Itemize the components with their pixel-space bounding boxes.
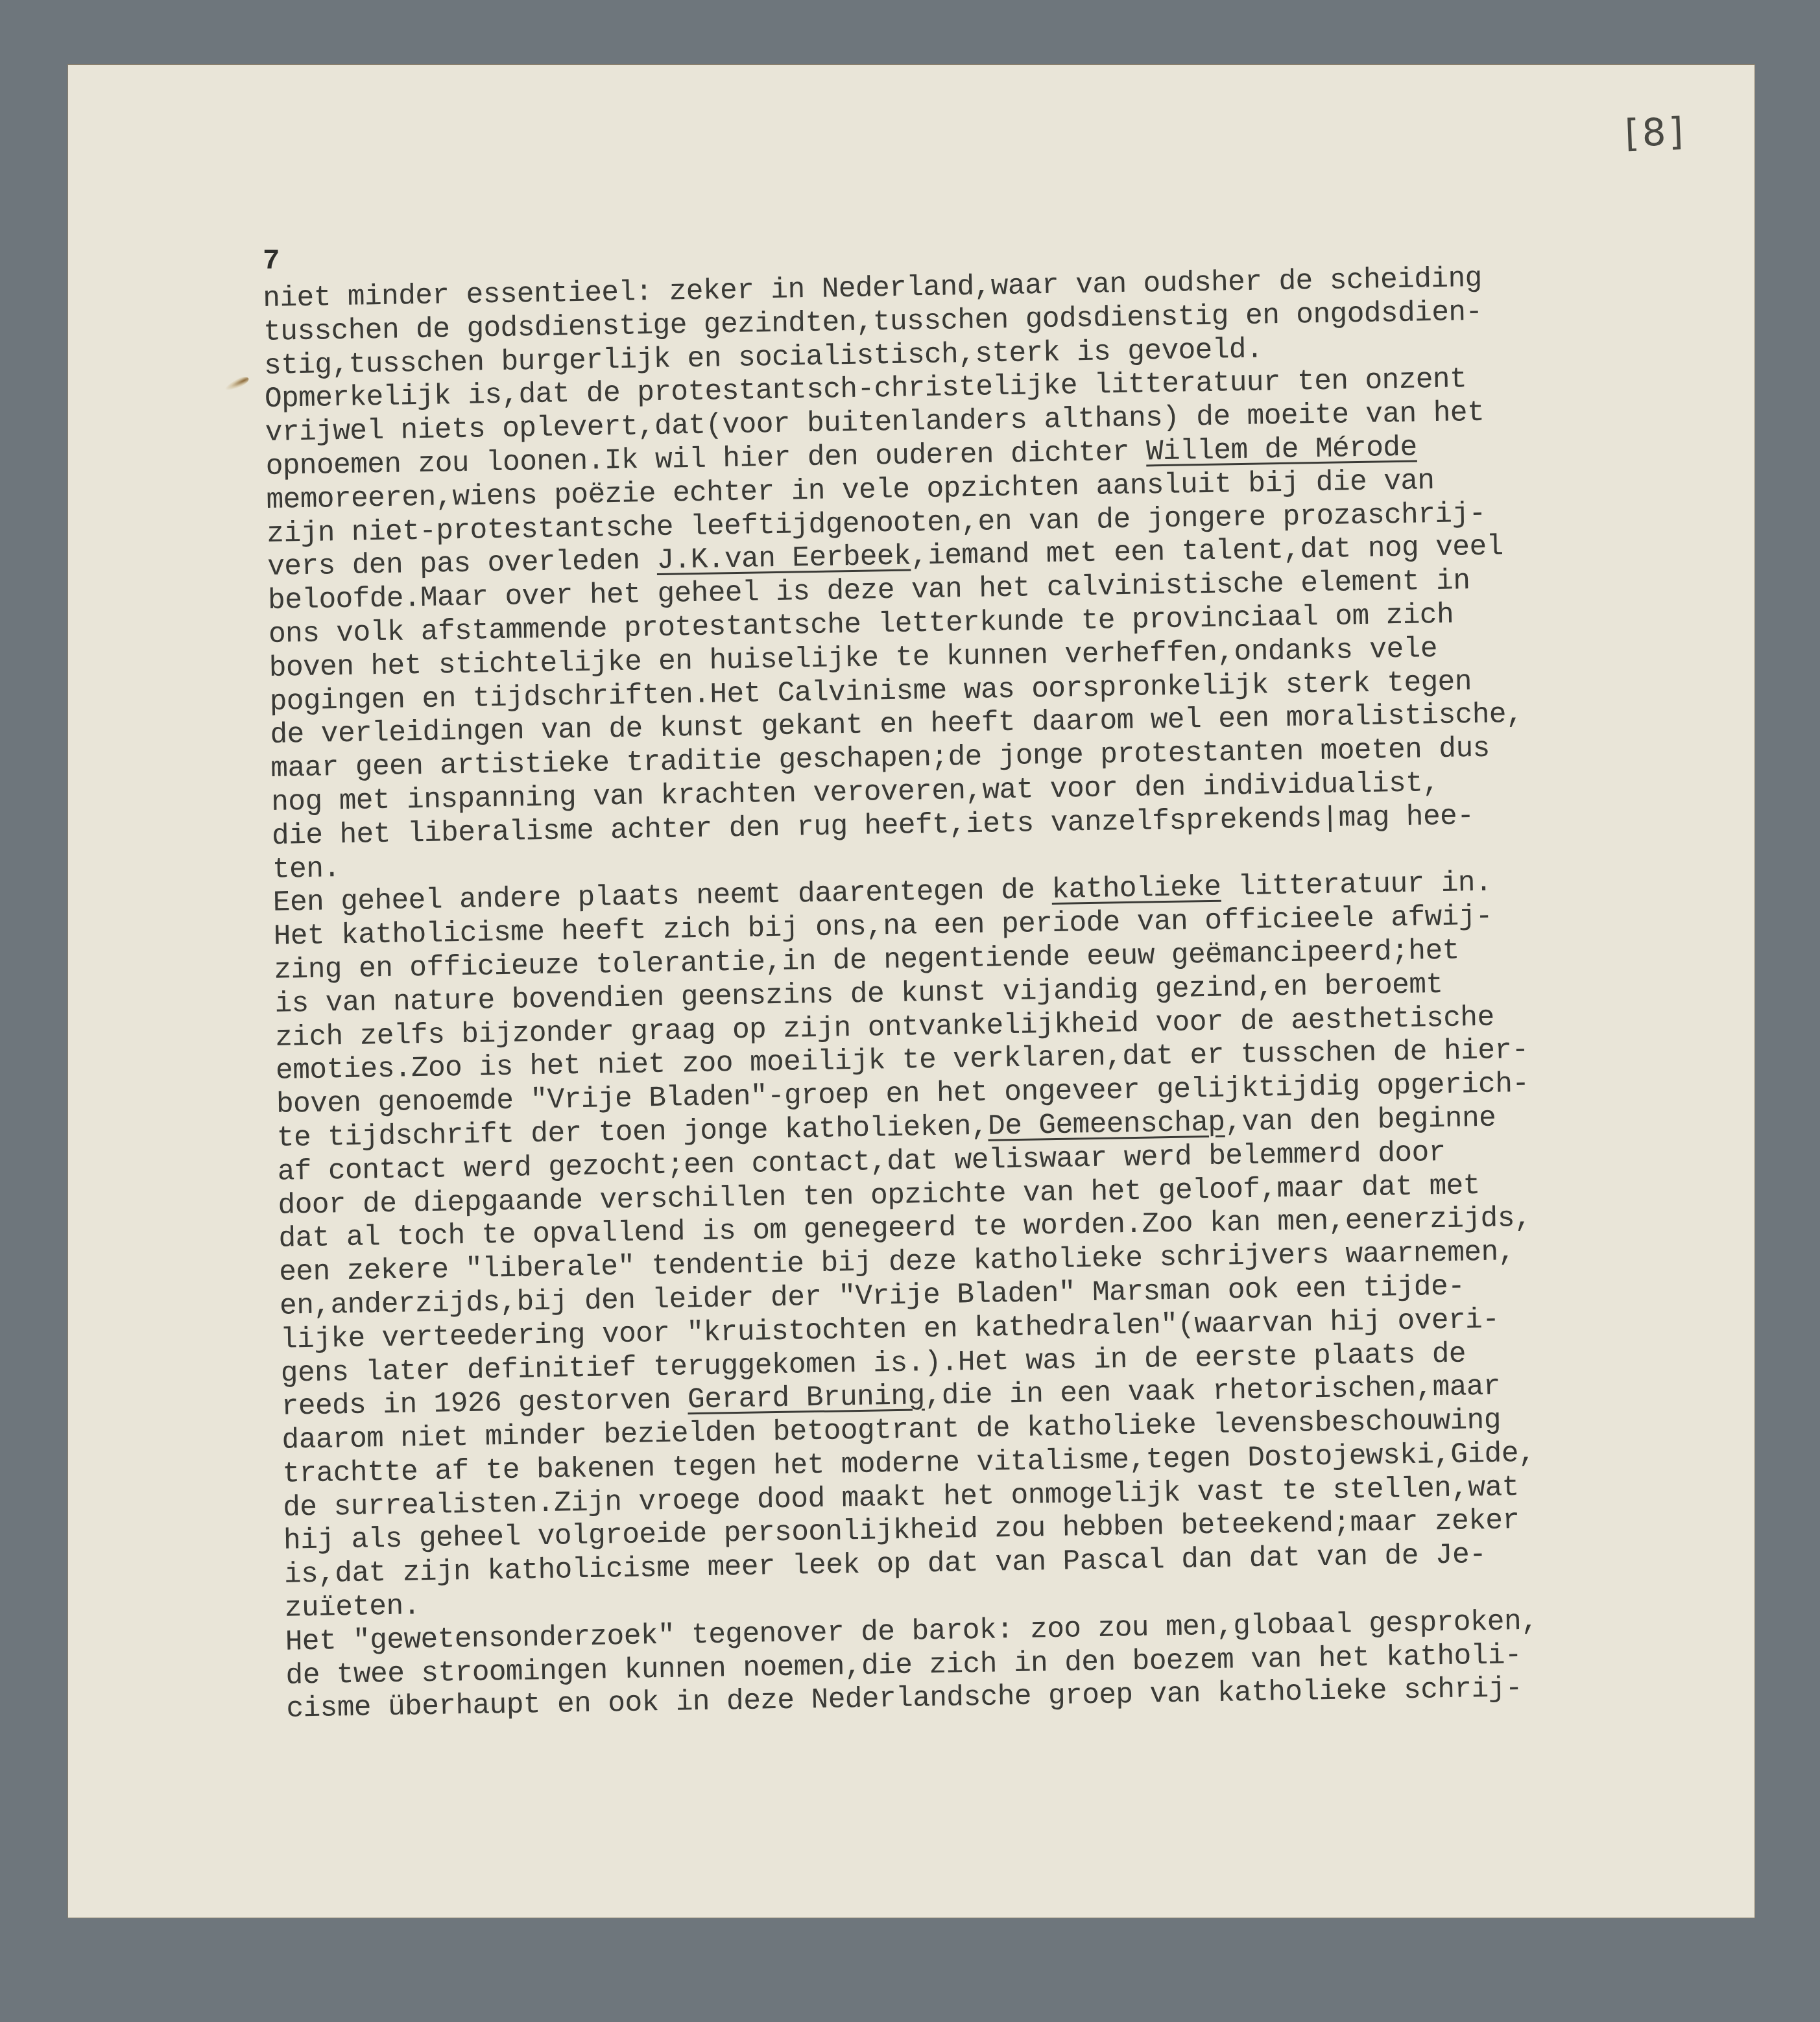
typescript-body: niet minder essentieel: zeker in Nederla… [263, 258, 1778, 1727]
underlined-name: Willem de Mérode [1146, 432, 1417, 469]
underlined-name: Gerard Bruning [688, 1381, 925, 1417]
line-text: vers den pas overleden [267, 545, 657, 584]
line-text: reeds in 1926 gestorven [281, 1385, 688, 1423]
line-text: ten. [272, 853, 341, 886]
page-number: 7 [263, 245, 280, 278]
line-text: ,van den beginne [1225, 1102, 1496, 1139]
underlined-name: De Gemeenschap [988, 1107, 1225, 1143]
line-text: litteratuur in. [1221, 867, 1492, 904]
line-text: zuïeten. [284, 1590, 420, 1624]
underlined-name: katholieke [1051, 872, 1221, 907]
archive-page-number: [8] [1624, 109, 1686, 155]
underlined-name: J.K.van Eerbeek [656, 541, 911, 577]
